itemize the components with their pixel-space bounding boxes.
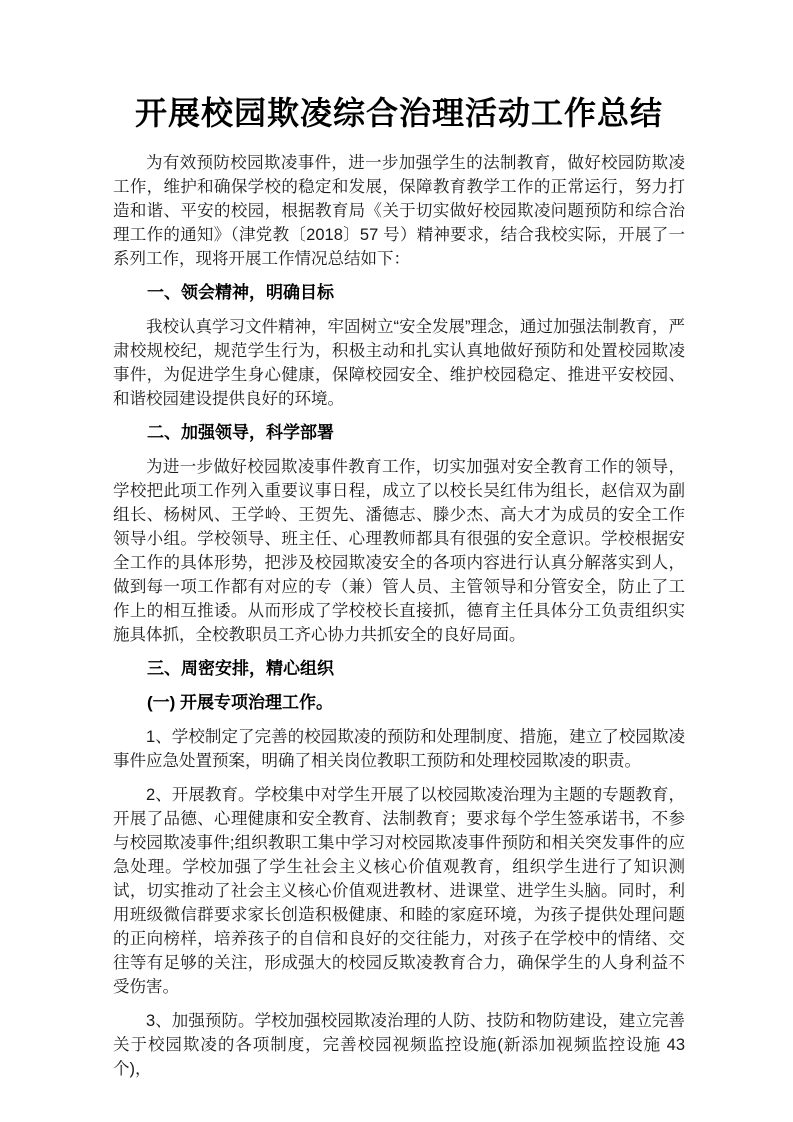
section-3-heading: 三、周密安排，精心组织 (113, 657, 685, 681)
section-1-heading: 一、领会精神，明确目标 (113, 281, 685, 305)
intro-paragraph: 为有效预防校园欺凌事件，进一步加强学生的法制教育，做好校园防欺凌工作，维护和确保… (113, 151, 685, 271)
subsection-1-heading: (一) 开展专项治理工作。 (113, 691, 685, 715)
document-page: 开展校园欺凌综合治理活动工作总结 为有效预防校园欺凌事件，进一步加强学生的法制教… (0, 0, 793, 1122)
item-3-paragraph: 3、加强预防。学校加强校园欺凌治理的人防、技防和物防建设，建立完善关于校园欺凌的… (113, 1009, 685, 1081)
section-2-heading: 二、加强领导，科学部署 (113, 421, 685, 445)
section-1-paragraph: 我校认真学习文件精神，牢固树立“安全发展”理念，通过加强法制教育，严肃校规校纪，… (113, 315, 685, 411)
section-2-paragraph: 为进一步做好校园欺凌事件教育工作，切实加强对安全教育工作的领导，学校把此项工作列… (113, 455, 685, 647)
item-2-paragraph: 2、开展教育。学校集中对学生开展了以校园欺凌治理为主题的专题教育，开展了品德、心… (113, 783, 685, 999)
doc-title: 开展校园欺凌综合治理活动工作总结 (113, 92, 685, 134)
item-1-paragraph: 1、学校制定了完善的校园欺凌的预防和处理制度、措施，建立了校园欺凌事件应急处置预… (113, 725, 685, 773)
